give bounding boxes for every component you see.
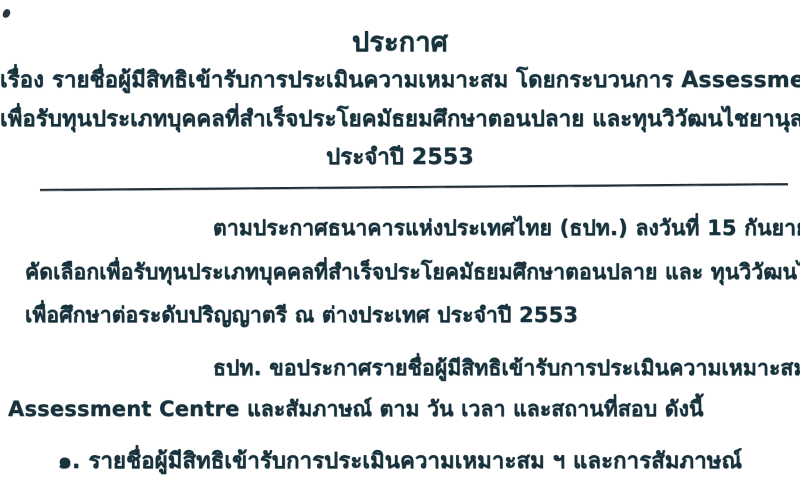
paragraph1-line3: เพื่อศึกษาต่อระดับปริญญาตรี ณ ต่างประเทศ… (25, 299, 578, 332)
paragraph2-line1: ธปท. ขอประกาศรายชื่อผู้มีสิทธิเข้ารับการ… (213, 352, 800, 385)
subject-line-year: ประจำปี 2553 (0, 139, 800, 174)
paragraph2-line2: Assessment Centre และสัมภาษณ์ ตาม วัน เว… (8, 393, 704, 426)
subject-line-1: เรื่อง รายชื่อผู้มีสิทธิเข้ารับการประเมิ… (0, 62, 800, 97)
paragraph1-line1: ตามประกาศธนาคารแห่งประเทศไทย (ธปท.) ลงวั… (213, 212, 800, 245)
document-title: ประกาศ (0, 20, 800, 63)
section1-heading: ๑. รายชื่อผู้มีสิทธิเข้ารับการประเมินควา… (0, 443, 800, 478)
scanned-document-page: ประกาศ เรื่อง รายชื่อผู้มีสิทธิเข้ารับกา… (0, 0, 800, 498)
scan-artifact-speck (2, 8, 11, 19)
horizontal-divider (40, 183, 788, 191)
paragraph1-line2: คัดเลือกเพื่อรับทุนประเภทบุคคลที่สำเร็จป… (25, 256, 800, 289)
subject-line-2: เพื่อรับทุนประเภทบุคคลที่สำเร็จประโยคมัธ… (0, 101, 800, 136)
